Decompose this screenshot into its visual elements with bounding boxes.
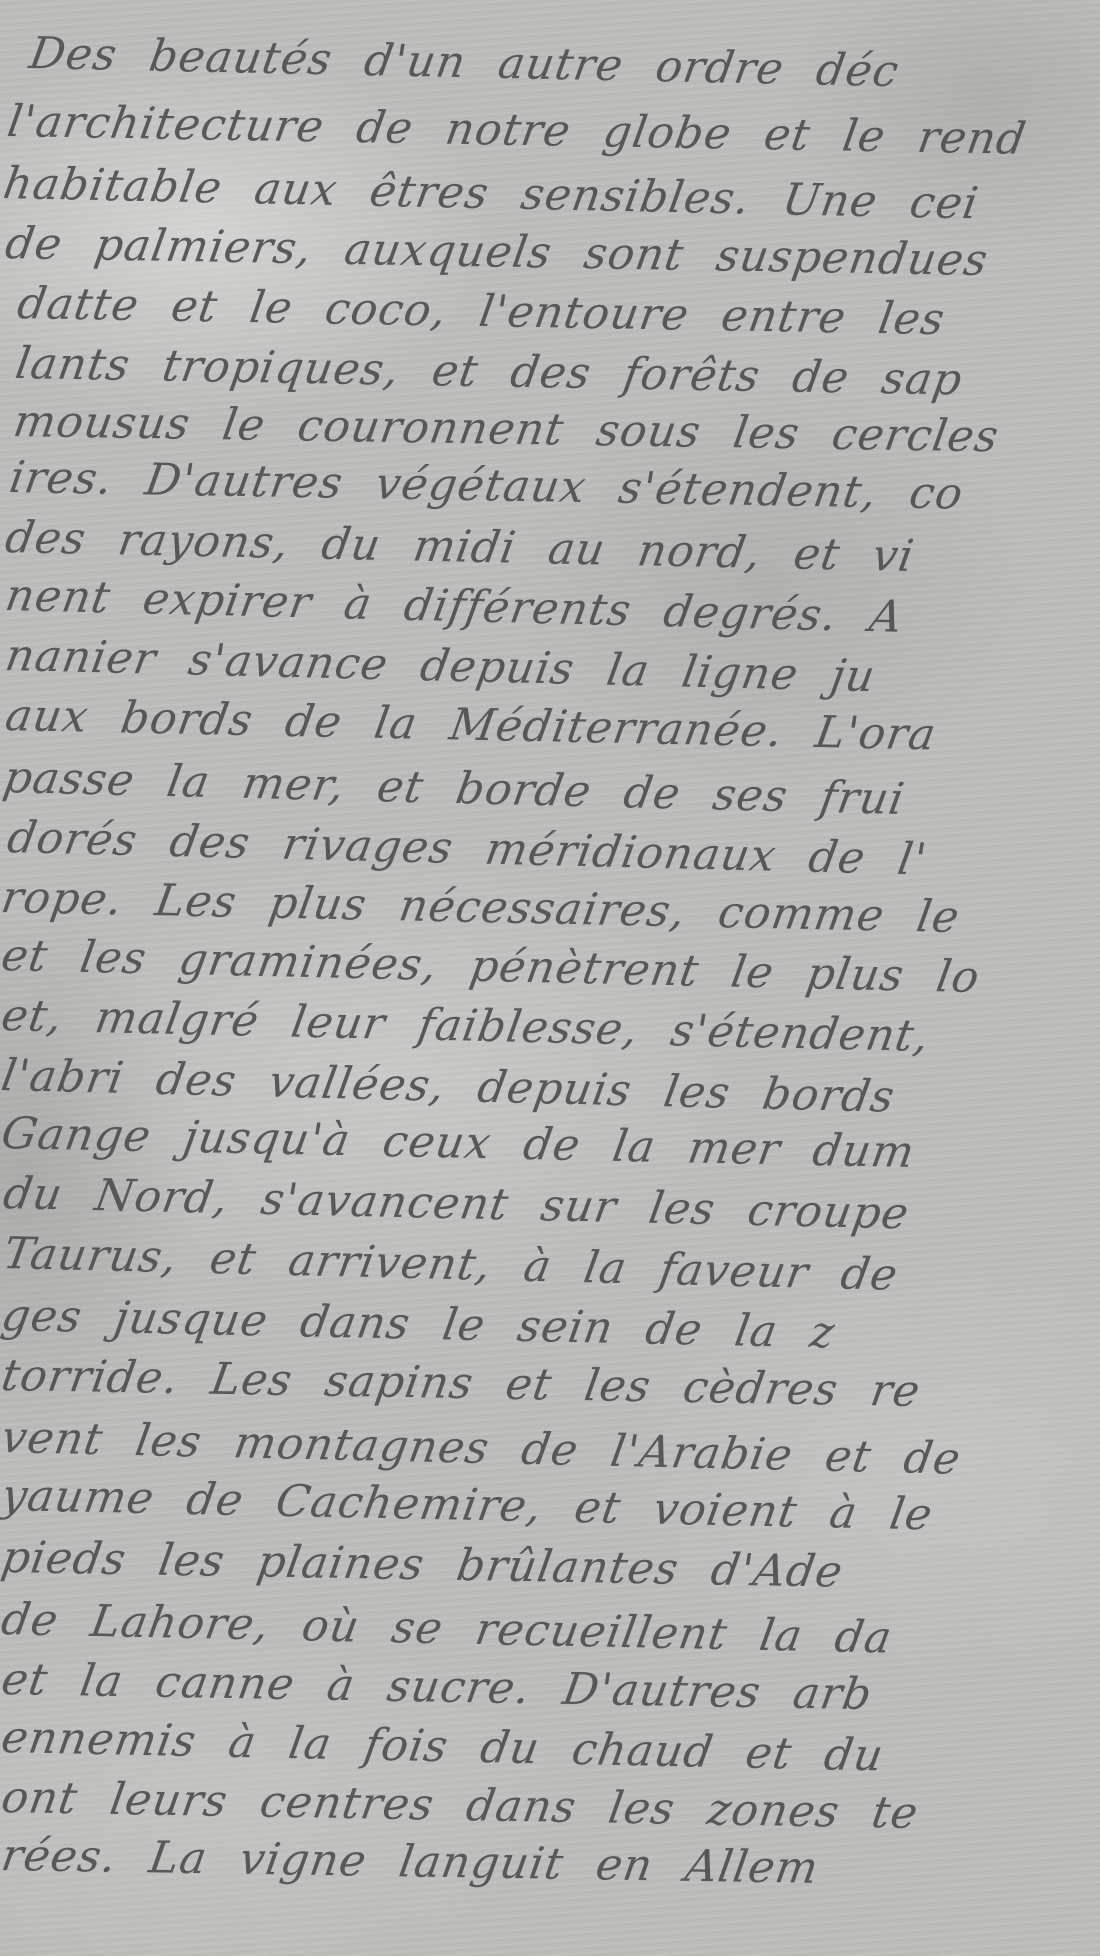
handwritten-line: lants tropiques, et des forêts de sap bbox=[12, 338, 966, 405]
handwritten-line: passe la mer, et borde de ses frui bbox=[0, 752, 908, 825]
handwritten-line: habitable aux êtres sensibles. Une cei bbox=[0, 158, 982, 229]
handwritten-line: ont leurs centres dans les zones te bbox=[0, 1772, 922, 1839]
handwritten-line: et les graminées, pénètrent le plus lo bbox=[0, 930, 984, 1003]
handwritten-page: Des beautés d'un autre ordre décl'archit… bbox=[0, 0, 1100, 1956]
handwritten-line: ires. D'autres végétaux s'étendent, co bbox=[6, 452, 967, 520]
handwritten-line: torride. Les sapins et les cèdres re bbox=[0, 1350, 924, 1417]
handwritten-line: mousus le couronnent sous les cercles bbox=[10, 396, 1002, 462]
handwritten-line: aux bords de la Méditerranée. L'ora bbox=[2, 690, 940, 760]
handwritten-line: du Nord, s'avancent sur les croupe bbox=[0, 1168, 913, 1239]
handwritten-line: datte et le coco, l'entoure entre les bbox=[14, 278, 949, 345]
handwritten-line: des rayons, du midi au nord, et vi bbox=[2, 512, 918, 582]
handwritten-line: l'architecture de notre globe et le rend bbox=[4, 96, 1030, 165]
handwritten-line: nanier s'avance depuis la ligne ju bbox=[2, 630, 879, 702]
handwritten-line: Taurus, et arrivent, à la faveur de bbox=[0, 1228, 902, 1301]
handwritten-line: Des beautés d'un autre ordre déc bbox=[26, 28, 903, 97]
handwritten-line: et, malgré leur faiblesse, s'étendent, bbox=[0, 990, 933, 1062]
handwritten-line: de Lahore, où se recueillent la da bbox=[0, 1594, 896, 1663]
handwritten-line: rées. La vigne languit en Allem bbox=[0, 1830, 822, 1894]
handwritten-line: pieds les plaines brûlantes d'Ade bbox=[0, 1532, 847, 1598]
handwritten-line: ennemis à la fois du chaud et du bbox=[0, 1712, 887, 1781]
handwritten-line: ges jusque dans le sein de la z bbox=[0, 1290, 839, 1358]
handwritten-line: et la canne à sucre. D'autres arb bbox=[0, 1654, 876, 1720]
handwritten-line: nent expirer à différents degrés. A bbox=[2, 570, 907, 643]
handwritten-line: de palmiers, auxquels sont suspendues bbox=[2, 218, 992, 286]
